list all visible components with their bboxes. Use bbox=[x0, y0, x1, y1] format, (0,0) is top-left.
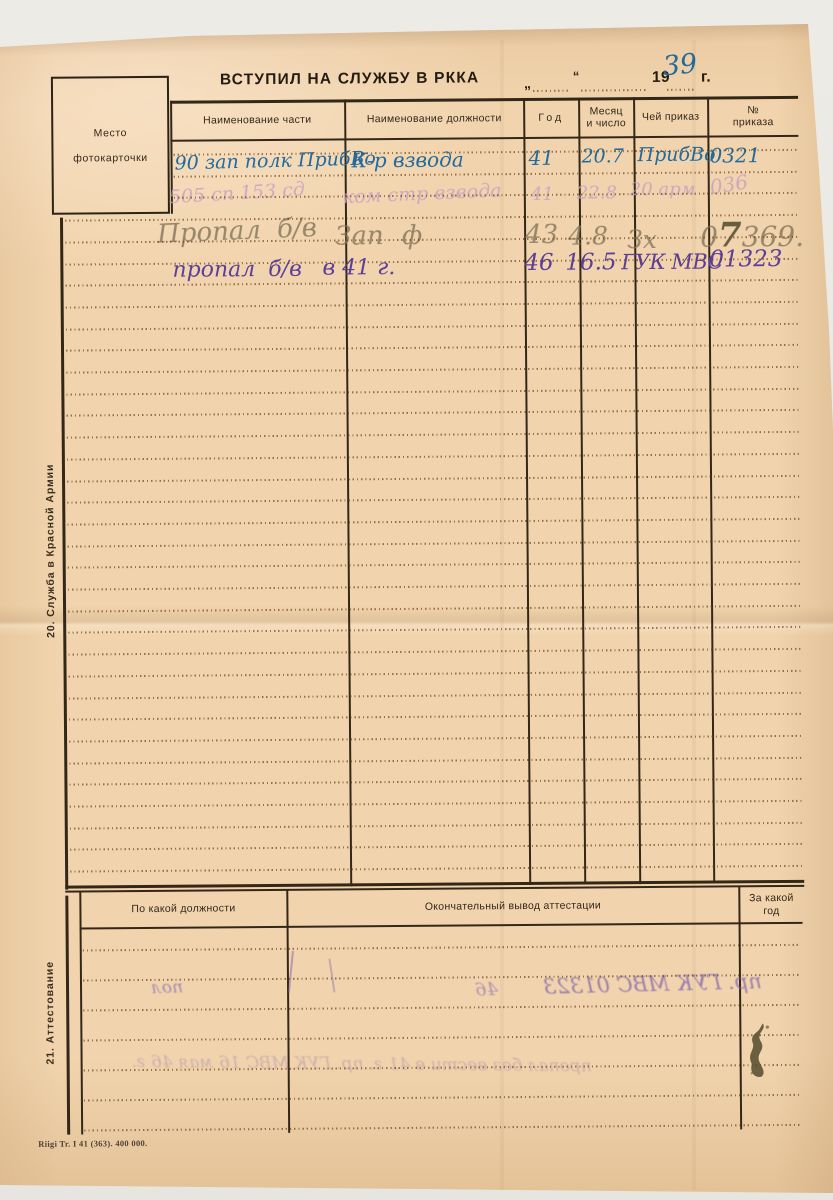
column-header-label: Наименование части bbox=[203, 113, 311, 126]
ruled-dotted-line bbox=[68, 561, 800, 569]
column-header-label: приказа bbox=[733, 116, 774, 129]
ruled-dotted-line bbox=[66, 344, 798, 352]
column-header-label: № bbox=[747, 104, 759, 117]
ruled-dotted-line bbox=[69, 670, 801, 678]
section-20-border bbox=[60, 218, 68, 890]
ruled-dotted-line bbox=[84, 1124, 802, 1132]
ruled-dotted-line bbox=[69, 691, 801, 699]
ruled-dotted-line bbox=[68, 605, 800, 613]
ruled-dotted-line bbox=[83, 944, 801, 952]
printer-imprint: Riigi Tr. I 41 (363). 400 000. bbox=[38, 1138, 147, 1149]
form-title: ВСТУПИЛ НА СЛУЖБУ В РККА bbox=[220, 69, 480, 89]
column-header-label: Окончательный вывод аттестации bbox=[425, 900, 601, 914]
ruled-dotted-line bbox=[67, 496, 799, 504]
ruled-dotted-line bbox=[66, 301, 798, 309]
ruled-dotted-line bbox=[67, 431, 799, 439]
bleedthrough-pen-stroke bbox=[288, 951, 294, 993]
bleedthrough-fragment: пропал без вести в 41 г. пр. ГУК МВС 16 … bbox=[132, 1052, 592, 1076]
ruled-dotted-line bbox=[67, 453, 799, 461]
column-header-label: и число bbox=[586, 117, 626, 130]
bleedthrough-fragment: 46 bbox=[475, 979, 498, 1001]
entry-year: 41 bbox=[528, 146, 554, 170]
ruled-dotted-line bbox=[83, 1004, 801, 1012]
ruled-dotted-line bbox=[84, 1094, 802, 1102]
ruled-dotted-line bbox=[70, 865, 802, 873]
dotted-blank bbox=[581, 89, 648, 92]
scanned-service-record: ВСТУПИЛ НА СЛУЖБУ В РККА „ “ 19 39 г. Ме… bbox=[0, 0, 833, 1200]
ruled-dotted-line bbox=[66, 322, 798, 330]
column-header-order-no: № приказа bbox=[709, 100, 797, 133]
ruled-dotted-line bbox=[68, 648, 800, 656]
column-header-part: Наименование части bbox=[172, 103, 342, 136]
entry-order-by: ПрибВо bbox=[637, 144, 715, 167]
photo-box-label-line1: Место bbox=[94, 127, 128, 139]
section-21-border bbox=[65, 896, 70, 1135]
column-header-for-year: За какой год bbox=[740, 888, 802, 921]
entry-day: 20.7 bbox=[581, 145, 623, 167]
entry-position: в 41 г. bbox=[322, 255, 395, 281]
open-quote: „ bbox=[524, 75, 531, 91]
ruled-dotted-line bbox=[69, 713, 801, 721]
close-quote: “ bbox=[573, 69, 580, 84]
ruled-dotted-line bbox=[70, 843, 802, 851]
column-header-by-position: По какой должности bbox=[81, 893, 285, 926]
column-header-label: Чей приказ bbox=[642, 110, 699, 123]
column-header-label: Год bbox=[538, 111, 564, 124]
ruled-dotted-line bbox=[69, 756, 801, 764]
ruled-dotted-line bbox=[67, 409, 799, 417]
ruled-dotted-line bbox=[67, 518, 799, 526]
entry-day: 16.5 bbox=[565, 249, 616, 275]
printed-content: ВСТУПИЛ НА СЛУЖБУ В РККА „ “ 19 39 г. Ме… bbox=[0, 0, 833, 1200]
ruled-dotted-line bbox=[83, 1034, 801, 1042]
column-header-year: Год bbox=[525, 102, 577, 134]
ruled-dotted-line bbox=[66, 388, 798, 396]
bleedthrough-pen-stroke bbox=[328, 959, 335, 993]
ink-blot bbox=[741, 1021, 777, 1081]
column-header-month-day: Месяц и число bbox=[580, 101, 632, 133]
ruled-dotted-line bbox=[70, 822, 802, 830]
ruled-dotted-line bbox=[65, 214, 797, 222]
column-header-final-conclusion: Окончательный вывод аттестации bbox=[288, 889, 737, 924]
entry-order-no: 0321 bbox=[709, 143, 760, 167]
column-header-position: Наименование должности bbox=[346, 102, 522, 135]
section-21-side-label: 21. Аттестование bbox=[44, 961, 57, 1064]
ruled-dotted-line bbox=[68, 583, 800, 591]
entry-order-by: 20 арм bbox=[630, 179, 696, 201]
entry-day: 4.8 bbox=[568, 221, 608, 250]
entry-part: 505 сп 153 сд bbox=[168, 178, 305, 208]
dotted-blank bbox=[533, 90, 569, 92]
ruled-dotted-line bbox=[70, 800, 802, 808]
ruled-dotted-line bbox=[66, 366, 798, 374]
entry-order-by: ГУК МВС bbox=[621, 249, 723, 274]
column-header-label: Наименование должности bbox=[367, 112, 502, 126]
year-handwritten: 39 bbox=[661, 48, 698, 82]
ruled-dotted-line bbox=[69, 735, 801, 743]
entry-year: 43 bbox=[525, 220, 558, 250]
column-header-label: Месяц bbox=[590, 105, 623, 118]
dotted-blank bbox=[667, 89, 695, 91]
paper-sheet: ВСТУПИЛ НА СЛУЖБУ В РККА „ “ 19 39 г. Ме… bbox=[0, 0, 833, 1200]
column-header-label: По какой должности bbox=[131, 903, 235, 916]
ruled-dotted-line bbox=[69, 778, 801, 786]
section-20-side-label: 20. Служба в Красной Армии bbox=[44, 464, 57, 638]
ruled-lines-layer bbox=[0, 0, 828, 3]
ruled-dotted-line bbox=[67, 474, 799, 482]
year-suffix: г. bbox=[701, 69, 711, 87]
photo-placeholder-box: Место фотокарточки bbox=[51, 76, 170, 215]
column-header-label: год bbox=[763, 905, 779, 918]
ruled-dotted-line bbox=[68, 626, 800, 634]
column-header-label: За какой bbox=[749, 892, 794, 905]
photo-box-label-line2: фотокарточки bbox=[73, 151, 148, 164]
entry-year: 46 bbox=[524, 250, 553, 276]
entry-position: Зап ф bbox=[335, 221, 422, 252]
column-header-whose-order: Чей приказ bbox=[635, 101, 706, 134]
ruled-dotted-line bbox=[68, 539, 800, 547]
